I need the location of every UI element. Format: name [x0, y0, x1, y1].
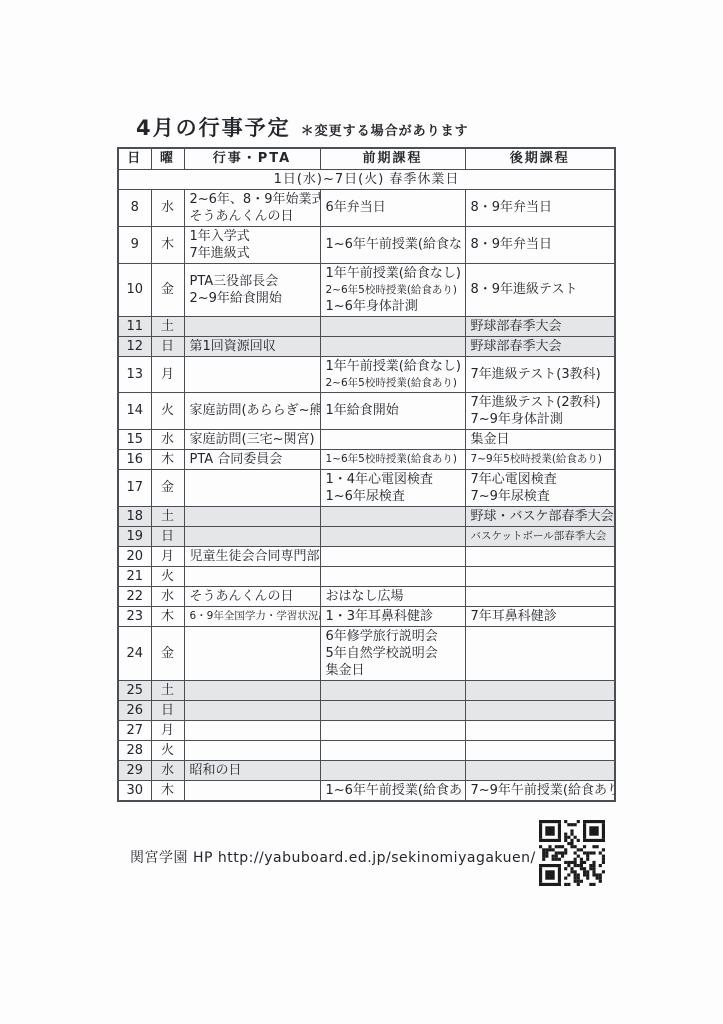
- events-cell: [184, 356, 320, 392]
- date-cell: 8: [118, 189, 151, 226]
- late-course-cell: 野球部春季大会: [465, 316, 615, 336]
- events-cell: [184, 740, 320, 760]
- early-course-cell: [320, 316, 465, 336]
- table-row: 18土野球・バスケ部春季大会: [118, 506, 615, 526]
- early-course-cell: [320, 336, 465, 356]
- table-row: 27月: [118, 720, 615, 740]
- date-cell: 19: [118, 526, 151, 546]
- events-cell: 家庭訪問(三宅~関宮): [184, 429, 320, 449]
- table-row: 21火: [118, 566, 615, 586]
- events-cell: [184, 626, 320, 680]
- late-course-cell: [465, 566, 615, 586]
- table-row: 15水家庭訪問(三宅~関宮)集金日: [118, 429, 615, 449]
- table-row: 9木1年入学式7年進級式1~6年午前授業(給食なし)8・9年弁当日: [118, 226, 615, 263]
- late-course-cell: 7年心電図検査7~9年尿検査: [465, 469, 615, 506]
- table-row: 19日バスケットボール部春季大会: [118, 526, 615, 546]
- day-cell: 日: [151, 526, 184, 546]
- day-cell: 日: [151, 336, 184, 356]
- spring-break-note: 1日(水)~7日(火) 春季休業日: [118, 169, 615, 189]
- events-cell: [184, 720, 320, 740]
- date-cell: 17: [118, 469, 151, 506]
- day-cell: 水: [151, 586, 184, 606]
- events-cell: 6・9年全国学力・学習状況調査: [184, 606, 320, 626]
- date-cell: 22: [118, 586, 151, 606]
- date-cell: 29: [118, 760, 151, 780]
- day-cell: 火: [151, 740, 184, 760]
- early-course-cell: [320, 700, 465, 720]
- header-early-course: 前期課程: [320, 148, 465, 169]
- page-title-note: ＊変更する場合があります: [301, 124, 469, 139]
- early-course-cell: [320, 566, 465, 586]
- events-cell: [184, 566, 320, 586]
- early-course-cell: 6年修学旅行説明会5年自然学校説明会集金日: [320, 626, 465, 680]
- early-course-cell: [320, 720, 465, 740]
- events-cell: 2~6年、8・9年始業式そうあんくんの日: [184, 189, 320, 226]
- table-row: 12日第1回資源回収野球部春季大会: [118, 336, 615, 356]
- early-course-cell: 1年給食開始: [320, 392, 465, 429]
- date-cell: 15: [118, 429, 151, 449]
- table-row: 24金6年修学旅行説明会5年自然学校説明会集金日: [118, 626, 615, 680]
- events-cell: [184, 680, 320, 700]
- date-cell: 12: [118, 336, 151, 356]
- day-cell: 木: [151, 780, 184, 801]
- day-cell: 月: [151, 720, 184, 740]
- early-course-cell: [320, 546, 465, 566]
- table-row: 16木PTA 合同委員会1~6年5校時授業(給食あり)7~9年5校時授業(給食あ…: [118, 449, 615, 469]
- table-row: 25土: [118, 680, 615, 700]
- page-title: 4月の行事予定＊変更する場合があります: [136, 112, 469, 142]
- schedule-table: 日 曜 行事・PTA 前期課程 後期課程 1日(水)~7日(火) 春季休業日 8…: [117, 147, 616, 802]
- late-course-cell: [465, 740, 615, 760]
- day-cell: 月: [151, 546, 184, 566]
- date-cell: 28: [118, 740, 151, 760]
- date-cell: 23: [118, 606, 151, 626]
- date-cell: 16: [118, 449, 151, 469]
- early-course-cell: 1年午前授業(給食なし)2~6年5校時授業(給食あり)1~6年身体計測: [320, 263, 465, 316]
- early-course-cell: 1~6年5校時授業(給食あり): [320, 449, 465, 469]
- scanned-page: 4月の行事予定＊変更する場合があります 日 曜 行事・PTA 前期課程 後期課程…: [0, 0, 723, 1024]
- late-course-cell: 7~9年午前授業(給食あり): [465, 780, 615, 801]
- header-date: 日: [118, 148, 151, 169]
- header-row: 日 曜 行事・PTA 前期課程 後期課程: [118, 148, 615, 169]
- day-cell: 金: [151, 469, 184, 506]
- table-row: 11土野球部春季大会: [118, 316, 615, 336]
- date-cell: 21: [118, 566, 151, 586]
- table-row: 13月1年午前授業(給食なし)2~6年5校時授業(給食あり)7年進級テスト(3教…: [118, 356, 615, 392]
- late-course-cell: [465, 760, 615, 780]
- early-course-cell: おはなし広場: [320, 586, 465, 606]
- early-course-cell: [320, 429, 465, 449]
- date-cell: 30: [118, 780, 151, 801]
- events-cell: [184, 469, 320, 506]
- late-course-cell: 8・9年弁当日: [465, 226, 615, 263]
- table-row: 22水そうあんくんの日おはなし広場: [118, 586, 615, 606]
- header-events: 行事・PTA: [184, 148, 320, 169]
- header-day: 曜: [151, 148, 184, 169]
- day-cell: 水: [151, 760, 184, 780]
- page-title-text: 4月の行事予定: [136, 116, 291, 140]
- events-cell: PTA 合同委員会: [184, 449, 320, 469]
- day-cell: 土: [151, 680, 184, 700]
- events-cell: そうあんくんの日: [184, 586, 320, 606]
- table-row: 8水2~6年、8・9年始業式そうあんくんの日6年弁当日8・9年弁当日: [118, 189, 615, 226]
- late-course-cell: [465, 586, 615, 606]
- spring-break-row: 1日(水)~7日(火) 春季休業日: [118, 169, 615, 189]
- late-course-cell: バスケットボール部春季大会: [465, 526, 615, 546]
- late-course-cell: 7年耳鼻科健診: [465, 606, 615, 626]
- table-row: 17金1・4年心電図検査1~6年尿検査7年心電図検査7~9年尿検査: [118, 469, 615, 506]
- early-course-cell: 1~6年午前授業(給食なし): [320, 226, 465, 263]
- late-course-cell: 8・9年弁当日: [465, 189, 615, 226]
- date-cell: 14: [118, 392, 151, 429]
- events-cell: [184, 316, 320, 336]
- late-course-cell: [465, 700, 615, 720]
- early-course-cell: 1・4年心電図検査1~6年尿検査: [320, 469, 465, 506]
- early-course-cell: 1~6年午前授業(給食あり): [320, 780, 465, 801]
- early-course-cell: 6年弁当日: [320, 189, 465, 226]
- day-cell: 木: [151, 449, 184, 469]
- date-cell: 24: [118, 626, 151, 680]
- table-row: 28火: [118, 740, 615, 760]
- date-cell: 18: [118, 506, 151, 526]
- early-course-cell: [320, 740, 465, 760]
- table-row: 30木1~6年午前授業(給食あり)7~9年午前授業(給食あり): [118, 780, 615, 801]
- day-cell: 月: [151, 356, 184, 392]
- date-cell: 27: [118, 720, 151, 740]
- date-cell: 26: [118, 700, 151, 720]
- table-row: 10金PTA三役部長会2~9年給食開始1年午前授業(給食なし)2~6年5校時授業…: [118, 263, 615, 316]
- day-cell: 金: [151, 263, 184, 316]
- late-course-cell: 7~9年5校時授業(給食あり): [465, 449, 615, 469]
- day-cell: 火: [151, 392, 184, 429]
- late-course-cell: 野球・バスケ部春季大会: [465, 506, 615, 526]
- day-cell: 火: [151, 566, 184, 586]
- date-cell: 13: [118, 356, 151, 392]
- qr-code-icon: [539, 820, 605, 886]
- late-course-cell: 8・9年進級テスト: [465, 263, 615, 316]
- late-course-cell: [465, 720, 615, 740]
- school-homepage-url: 関宮学園 HP http://yabuboard.ed.jp/sekinomiy…: [130, 847, 536, 867]
- early-course-cell: [320, 680, 465, 700]
- table-row: 29水昭和の日: [118, 760, 615, 780]
- table-row: 14火家庭訪問(あららぎ~熊次)1年給食開始7年進級テスト(2教科)7~9年身体…: [118, 392, 615, 429]
- late-course-cell: 7年進級テスト(2教科)7~9年身体計測: [465, 392, 615, 429]
- late-course-cell: [465, 626, 615, 680]
- events-cell: PTA三役部長会2~9年給食開始: [184, 263, 320, 316]
- late-course-cell: 集金日: [465, 429, 615, 449]
- events-cell: [184, 526, 320, 546]
- events-cell: 第1回資源回収: [184, 336, 320, 356]
- early-course-cell: [320, 760, 465, 780]
- day-cell: 金: [151, 626, 184, 680]
- day-cell: 木: [151, 226, 184, 263]
- date-cell: 11: [118, 316, 151, 336]
- date-cell: 10: [118, 263, 151, 316]
- day-cell: 木: [151, 606, 184, 626]
- late-course-cell: 野球部春季大会: [465, 336, 615, 356]
- table-row: 23木6・9年全国学力・学習状況調査1・3年耳鼻科健診7年耳鼻科健診: [118, 606, 615, 626]
- day-cell: 水: [151, 189, 184, 226]
- events-cell: 児童生徒会合同専門部会: [184, 546, 320, 566]
- early-course-cell: 1・3年耳鼻科健診: [320, 606, 465, 626]
- date-cell: 20: [118, 546, 151, 566]
- events-cell: [184, 700, 320, 720]
- date-cell: 9: [118, 226, 151, 263]
- day-cell: 水: [151, 429, 184, 449]
- late-course-cell: [465, 546, 615, 566]
- early-course-cell: [320, 526, 465, 546]
- events-cell: 1年入学式7年進級式: [184, 226, 320, 263]
- day-cell: 土: [151, 316, 184, 336]
- header-late-course: 後期課程: [465, 148, 615, 169]
- early-course-cell: 1年午前授業(給食なし)2~6年5校時授業(給食あり): [320, 356, 465, 392]
- events-cell: [184, 506, 320, 526]
- day-cell: 土: [151, 506, 184, 526]
- early-course-cell: [320, 506, 465, 526]
- table-row: 20月児童生徒会合同専門部会: [118, 546, 615, 566]
- events-cell: 家庭訪問(あららぎ~熊次): [184, 392, 320, 429]
- late-course-cell: [465, 680, 615, 700]
- table-row: 26日: [118, 700, 615, 720]
- date-cell: 25: [118, 680, 151, 700]
- events-cell: [184, 780, 320, 801]
- events-cell: 昭和の日: [184, 760, 320, 780]
- day-cell: 日: [151, 700, 184, 720]
- late-course-cell: 7年進級テスト(3教科): [465, 356, 615, 392]
